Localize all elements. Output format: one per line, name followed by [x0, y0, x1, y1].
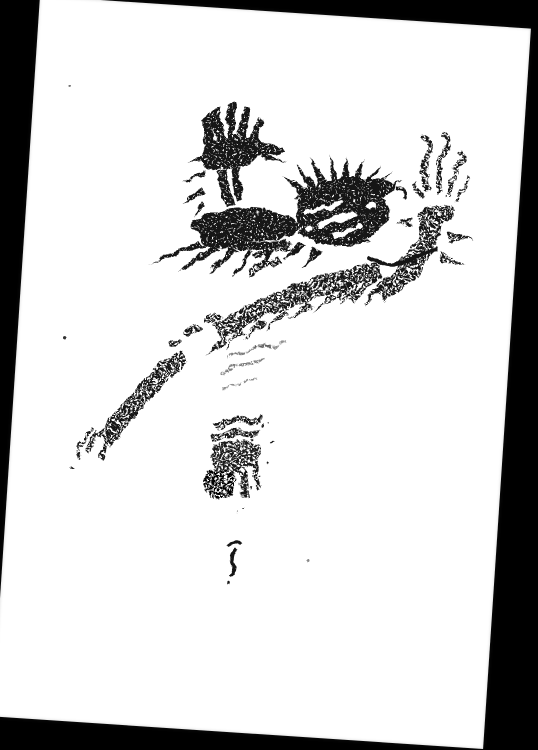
- head: [281, 154, 405, 268]
- figure-illustration: [0, 0, 538, 750]
- torso: [168, 241, 380, 389]
- left-arm-extended: [71, 351, 189, 469]
- scan-background: [0, 0, 538, 750]
- ink-squiggle: [227, 542, 242, 584]
- hip-leg: [202, 418, 272, 515]
- left-hand-raised: [182, 102, 287, 216]
